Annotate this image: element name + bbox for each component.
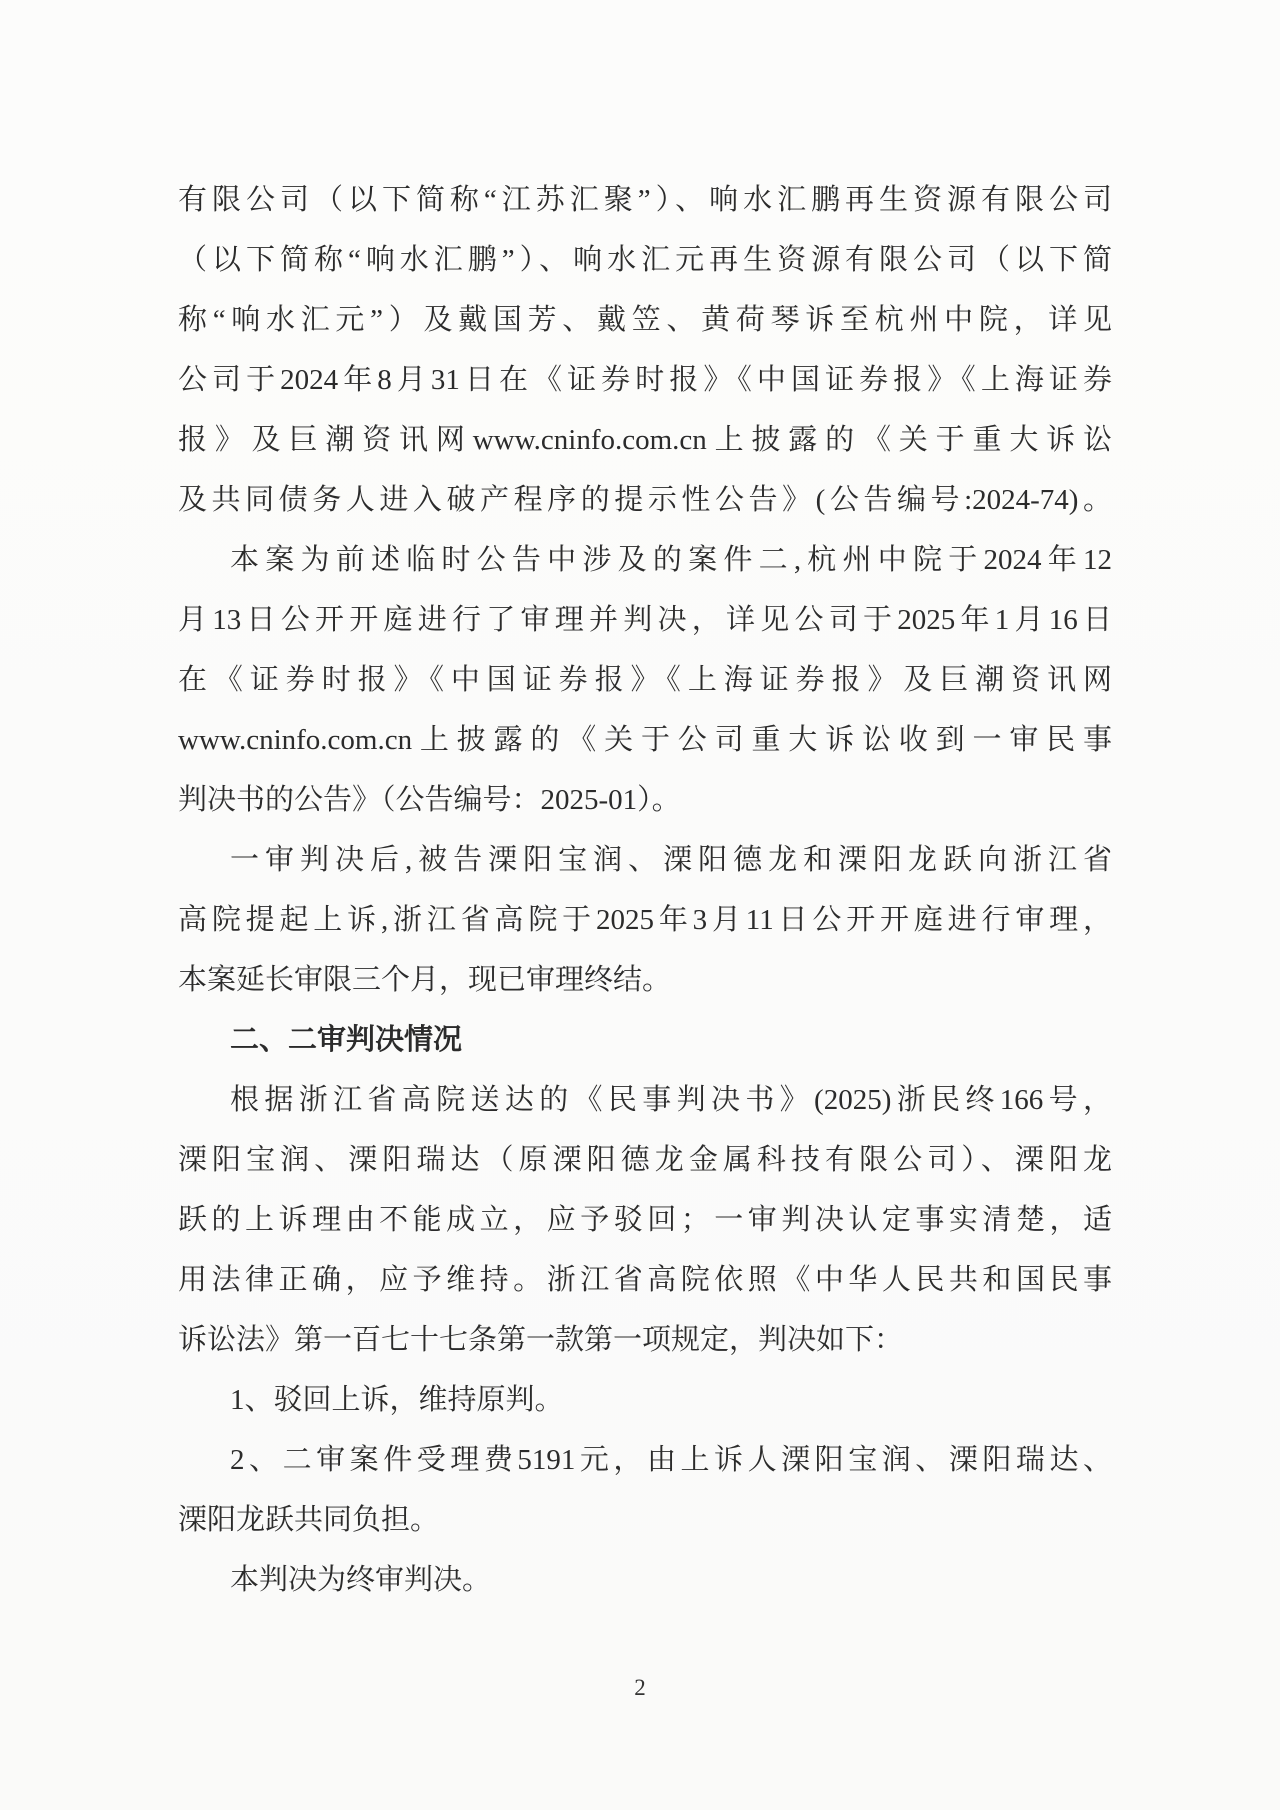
text-line: 用法律正确，应予维持。浙江省高院依照《中华人民共和国民事 bbox=[178, 1250, 1112, 1310]
text-line: 溧阳龙跃共同负担。 bbox=[178, 1490, 1112, 1550]
text-line: 根据浙江省高院送达的《民事判决书》(2025)浙民终166号， bbox=[178, 1070, 1112, 1130]
text-line: 高院提起上诉,浙江省高院于2025年3月11日公开开庭进行审理， bbox=[178, 890, 1112, 950]
text-line: 在《证券时报》《中国证券报》《上海证券报》及巨潮资讯网 bbox=[178, 650, 1112, 710]
text-line: 跃的上诉理由不能成立，应予驳回；一审判决认定事实清楚，适 bbox=[178, 1190, 1112, 1250]
text-line: 判决书的公告》（公告编号：2025-01）。 bbox=[178, 770, 1112, 830]
text-line: 本案延长审限三个月，现已审理终结。 bbox=[178, 950, 1112, 1010]
document-page: 有限公司（以下简称“江苏汇聚”）、响水汇鹏再生资源有限公司（以下简称“响水汇鹏”… bbox=[0, 0, 1280, 1810]
text-line: 报》及巨潮资讯网www.cninfo.com.cn上披露的《关于重大诉讼 bbox=[178, 410, 1112, 470]
text-line: 本案为前述临时公告中涉及的案件二,杭州中院于2024年12 bbox=[178, 530, 1112, 590]
page-number: 2 bbox=[0, 1672, 1280, 1704]
text-line: （以下简称“响水汇鹏”）、响水汇元再生资源有限公司（以下简 bbox=[178, 230, 1112, 290]
text-line: www.cninfo.com.cn上披露的《关于公司重大诉讼收到一审民事 bbox=[178, 710, 1112, 770]
text-line: 有限公司（以下简称“江苏汇聚”）、响水汇鹏再生资源有限公司 bbox=[178, 170, 1112, 230]
text-line: 月13日公开开庭进行了审理并判决，详见公司于2025年1月16日 bbox=[178, 590, 1112, 650]
text-line: 2、二审案件受理费5191元，由上诉人溧阳宝润、溧阳瑞达、 bbox=[178, 1430, 1112, 1490]
text-line: 公司于2024年8月31日在《证券时报》《中国证券报》《上海证券 bbox=[178, 350, 1112, 410]
text-line: 称“响水汇元”）及戴国芳、戴笠、黄荷琴诉至杭州中院，详见 bbox=[178, 290, 1112, 350]
text-line: 1、驳回上诉，维持原判。 bbox=[178, 1370, 1112, 1430]
text-line: 本判决为终审判决。 bbox=[178, 1550, 1112, 1610]
text-line: 溧阳宝润、溧阳瑞达（原溧阳德龙金属科技有限公司）、溧阳龙 bbox=[178, 1130, 1112, 1190]
section-heading: 二、二审判决情况 bbox=[178, 1010, 1112, 1070]
text-line: 诉讼法》第一百七十七条第一款第一项规定，判决如下： bbox=[178, 1310, 1112, 1370]
text-line: 及共同债务人进入破产程序的提示性公告》(公告编号:2024-74)。 bbox=[178, 470, 1112, 530]
document-body: 有限公司（以下简称“江苏汇聚”）、响水汇鹏再生资源有限公司（以下简称“响水汇鹏”… bbox=[178, 170, 1112, 1610]
text-line: 一审判决后,被告溧阳宝润、溧阳德龙和溧阳龙跃向浙江省 bbox=[178, 830, 1112, 890]
